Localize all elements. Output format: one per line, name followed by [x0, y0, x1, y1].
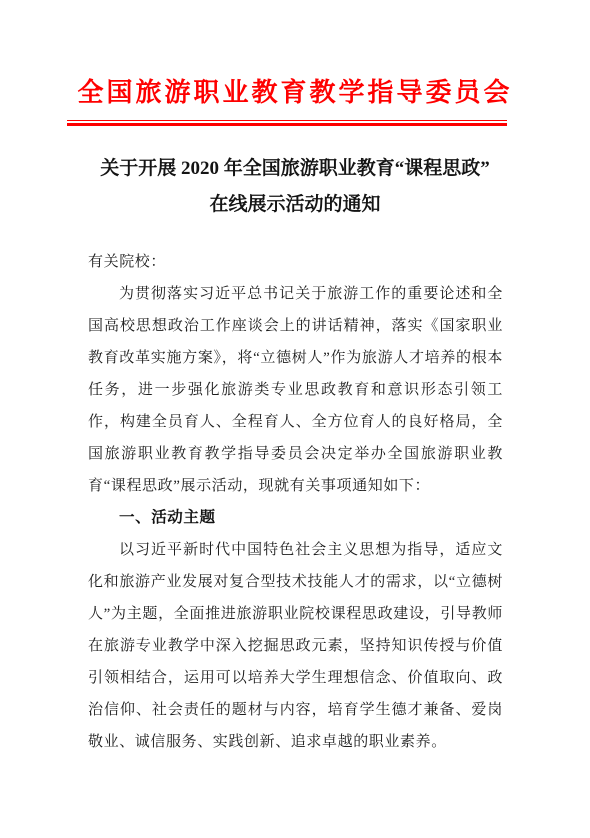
- document-title-line2: 在线展示活动的通知: [40, 187, 550, 223]
- opening-paragraph: 为贯彻落实习近平总书记关于旅游工作的重要论述和全国高校思想政治工作座谈会上的讲话…: [88, 278, 503, 502]
- document-title-line1: 关于开展 2020 年全国旅游职业教育“课程思政”: [40, 151, 550, 187]
- document-title: 关于开展 2020 年全国旅游职业教育“课程思政” 在线展示活动的通知: [40, 151, 550, 223]
- document-body: 有关院校： 为贯彻落实习近平总书记关于旅游工作的重要论述和全国高校思想政治工作座…: [88, 246, 503, 758]
- document-page: 全国旅游职业教育教学指导委员会 关于开展 2020 年全国旅游职业教育“课程思政…: [0, 0, 590, 838]
- salutation: 有关院校：: [88, 246, 503, 278]
- section-1-heading: 一、活动主题: [88, 502, 503, 534]
- section-1-paragraph: 以习近平新时代中国特色社会主义思想为指导，适应文化和旅游产业发展对复合型技术技能…: [88, 534, 503, 758]
- letterhead-divider: [67, 120, 507, 126]
- letterhead-divider-thick-line: [67, 123, 507, 126]
- letterhead-org-name: 全国旅游职业教育教学指导委员会: [0, 74, 590, 110]
- letterhead-divider-thin-line: [67, 120, 507, 121]
